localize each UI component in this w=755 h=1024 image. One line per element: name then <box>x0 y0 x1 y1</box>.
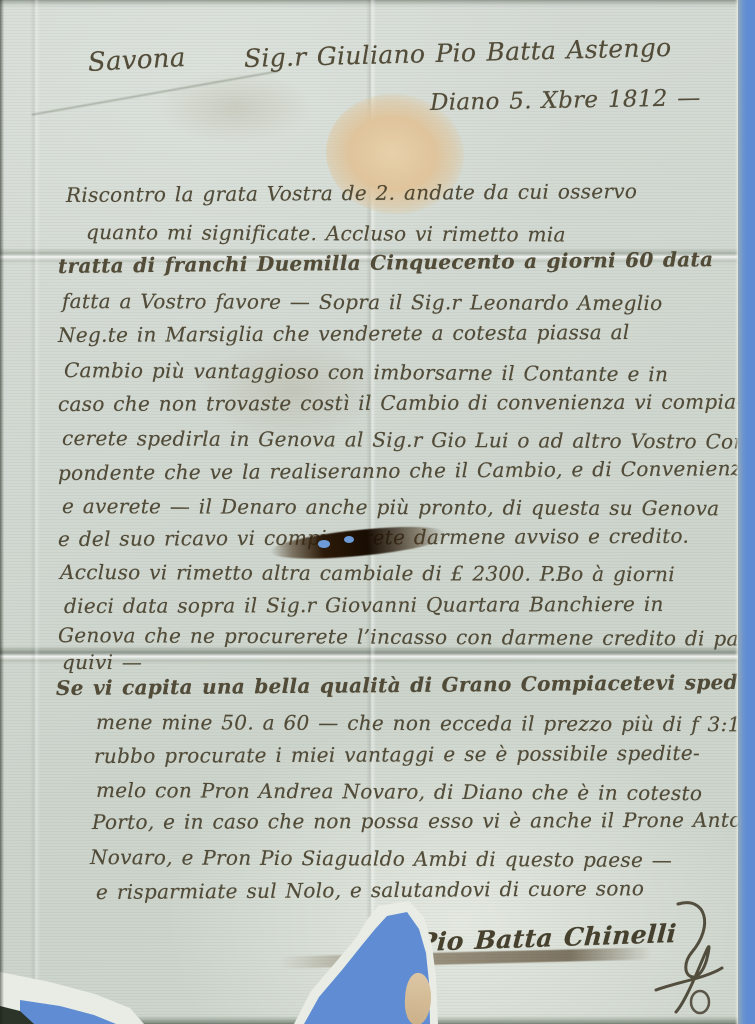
letter-line: e risparmiate sul Nolo, e salutandovi di… <box>96 876 644 904</box>
letter-line: melo con Pron Andrea Novaro, di Diano ch… <box>96 778 702 805</box>
addressee-name: Sig.r Giuliano Pio Batta Astengo <box>244 33 672 73</box>
letter-line: quivi — <box>62 650 142 674</box>
letter-line: Cambio più vantaggioso con imborsarne il… <box>64 358 668 386</box>
burn-hole <box>318 540 330 548</box>
backing-blue-strip <box>738 0 755 1024</box>
letter-line: tratta di franchi Duemilla Cinquecento a… <box>58 247 714 278</box>
scan-left-edge <box>0 0 4 1024</box>
scanned-letter: Savona Sig.r Giuliano Pio Batta Astengo … <box>0 0 755 1024</box>
letter-line: mene mine 50. a 60 — che non ecceda il p… <box>96 710 754 736</box>
addressee-city: Savona <box>87 43 186 78</box>
letter-line: caso che non trovaste costì il Cambio di… <box>58 390 744 416</box>
letter-line: Neg.te in Marsiglia che venderete a cote… <box>58 320 630 347</box>
letter-line: pondente che ve la realiseranno che il C… <box>58 456 755 485</box>
letter-line: rubbo procurate i miei vantaggi e se è p… <box>94 741 700 768</box>
letter-line: Riscontro la grata Vostra de 2. andate d… <box>66 179 637 207</box>
letter-line: Novaro, e Pron Pio Siagualdo Ambi di que… <box>90 845 672 872</box>
letter-line: e averete — il Denaro anche più pronto, … <box>62 494 720 520</box>
dateline: Diano 5. Xbre 1812 — <box>430 85 701 116</box>
letter-line: cerete spedirla in Genova al Sig.r Gio L… <box>62 426 755 454</box>
letter-line: dieci data sopra il Sig.r Giovanni Quart… <box>64 592 664 618</box>
letter-line: Genova che ne procurerete l’incasso con … <box>58 623 755 651</box>
signature-flourish <box>648 898 734 1020</box>
letter-text: Savona Sig.r Giuliano Pio Batta Astengo … <box>0 0 755 1024</box>
letter-line: quanto mi significate. Accluso vi rimett… <box>86 220 566 247</box>
letter-line: Porto, e in caso che non possa esso vi è… <box>92 808 755 834</box>
letter-line: Se vi capita una bella qualità di Grano … <box>56 670 755 700</box>
burn-hole <box>344 536 354 543</box>
letter-line: fatta a Vostro favore — Sopra il Sig.r L… <box>62 289 663 315</box>
letter-line: Accluso vi rimetto altra cambiale di £ 2… <box>60 560 675 586</box>
